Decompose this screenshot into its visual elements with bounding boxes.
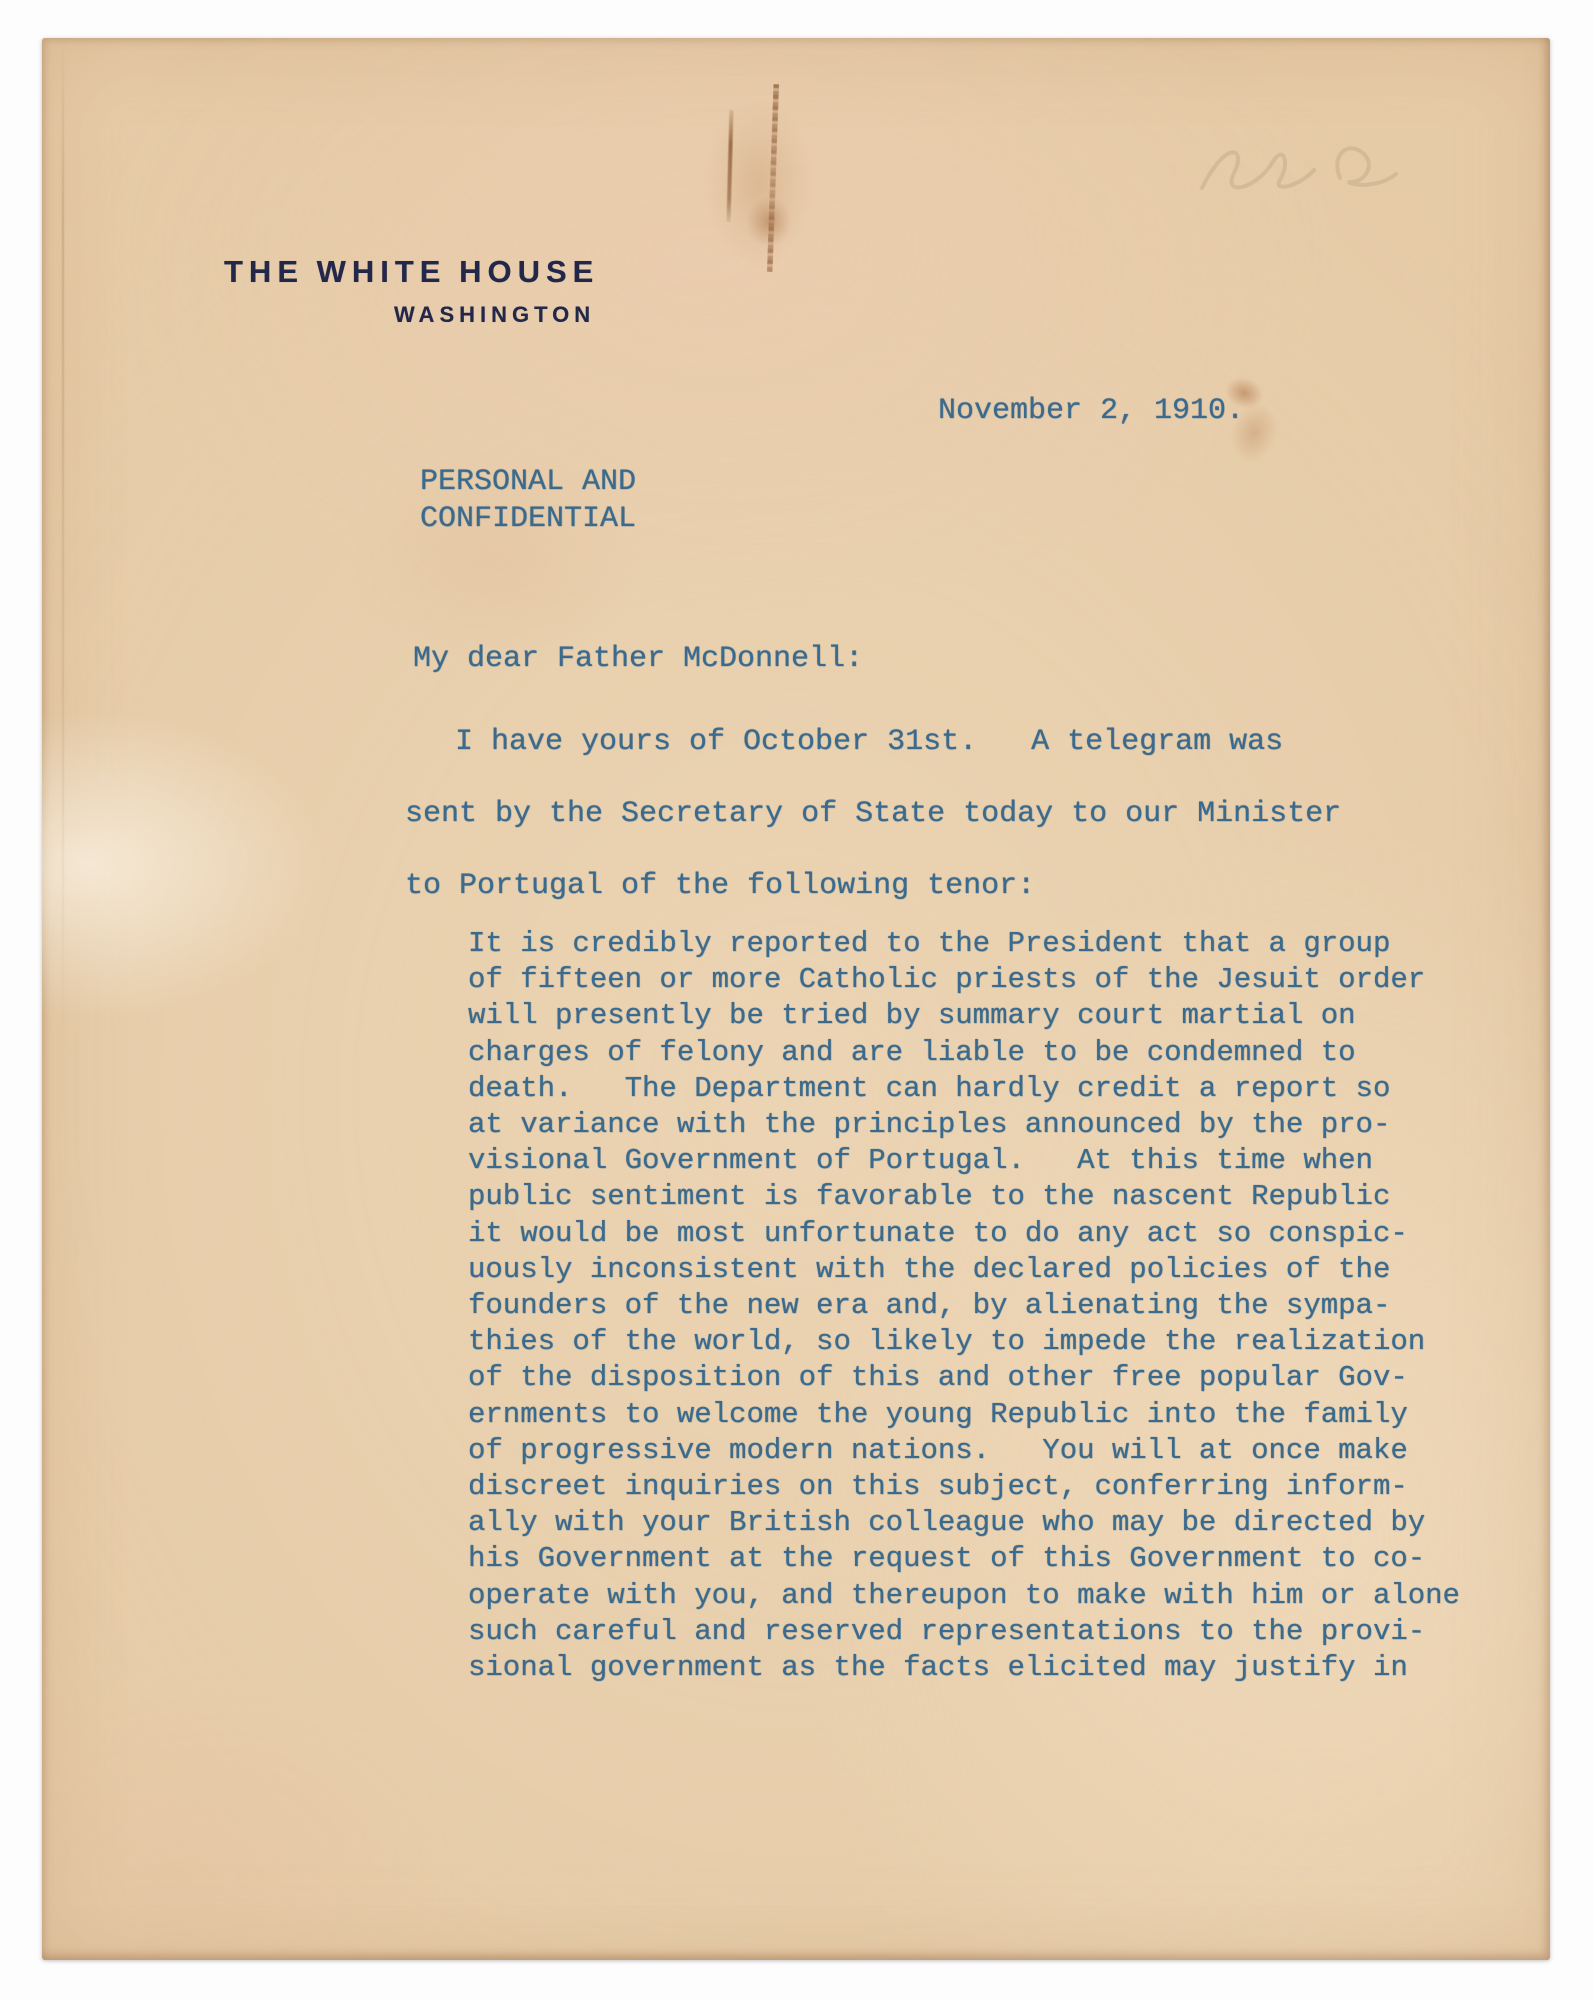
text-line: founders of the new era and, by alienati… xyxy=(468,1288,1460,1324)
text-line: thies of the world, so likely to impede … xyxy=(468,1324,1460,1360)
opening-paragraph: I have yours of October 31st. A telegram… xyxy=(405,706,1341,922)
date-line: November 2, 1910. xyxy=(938,394,1244,428)
text-line: I have yours of October 31st. A telegram… xyxy=(405,706,1341,778)
classification-block: PERSONAL ANDCONFIDENTIAL xyxy=(420,464,636,538)
fold-crease xyxy=(62,38,64,1058)
letterhead-title: THE WHITE HOUSE xyxy=(224,254,599,290)
text-line: ally with your British colleague who may… xyxy=(468,1505,1460,1541)
text-line: CONFIDENTIAL xyxy=(420,501,636,538)
text-line: to Portugal of the following tenor: xyxy=(405,850,1341,922)
text-line: uously inconsistent with the declared po… xyxy=(468,1252,1460,1288)
stain-blob xyxy=(746,196,792,248)
text-line: his Government at the request of this Go… xyxy=(468,1541,1460,1577)
stain-streak xyxy=(767,84,780,272)
stain-halo xyxy=(704,98,814,268)
rust-stain xyxy=(694,78,834,278)
text-line: It is credibly reported to the President… xyxy=(468,926,1460,962)
text-line: death. The Department can hardly credit … xyxy=(468,1071,1460,1107)
text-line: charges of felony and are liable to be c… xyxy=(468,1035,1460,1071)
pencil-inscription xyxy=(1172,118,1452,218)
telegram-quote: It is credibly reported to the President… xyxy=(468,926,1460,1686)
text-line: public sentiment is favorable to the nas… xyxy=(468,1179,1460,1215)
text-line: such careful and reserved representation… xyxy=(468,1614,1460,1650)
text-line: will presently be tried by summary court… xyxy=(468,998,1460,1034)
salutation: My dear Father McDonnell: xyxy=(413,642,863,676)
letter-page: THE WHITE HOUSE WASHINGTON November 2, 1… xyxy=(42,38,1550,1960)
text-line: visional Government of Portugal. At this… xyxy=(468,1143,1460,1179)
letterhead-subtitle: WASHINGTON xyxy=(394,302,595,328)
text-line: sional government as the facts elicited … xyxy=(468,1650,1460,1686)
text-line: ernments to welcome the young Republic i… xyxy=(468,1397,1460,1433)
text-line: operate with you, and thereupon to make … xyxy=(468,1578,1460,1614)
text-line: it would be most unfortunate to do any a… xyxy=(468,1216,1460,1252)
text-line: sent by the Secretary of State today to … xyxy=(405,778,1341,850)
text-line: discreet inquiries on this subject, conf… xyxy=(468,1469,1460,1505)
text-line: at variance with the principles announce… xyxy=(468,1107,1460,1143)
text-line: of progressive modern nations. You will … xyxy=(468,1433,1460,1469)
scan-background: THE WHITE HOUSE WASHINGTON November 2, 1… xyxy=(0,0,1593,2000)
text-line: of the disposition of this and other fre… xyxy=(468,1360,1460,1396)
text-line: of fifteen or more Catholic priests of t… xyxy=(468,962,1460,998)
stain-streak xyxy=(727,110,734,222)
text-line: PERSONAL AND xyxy=(420,464,636,501)
